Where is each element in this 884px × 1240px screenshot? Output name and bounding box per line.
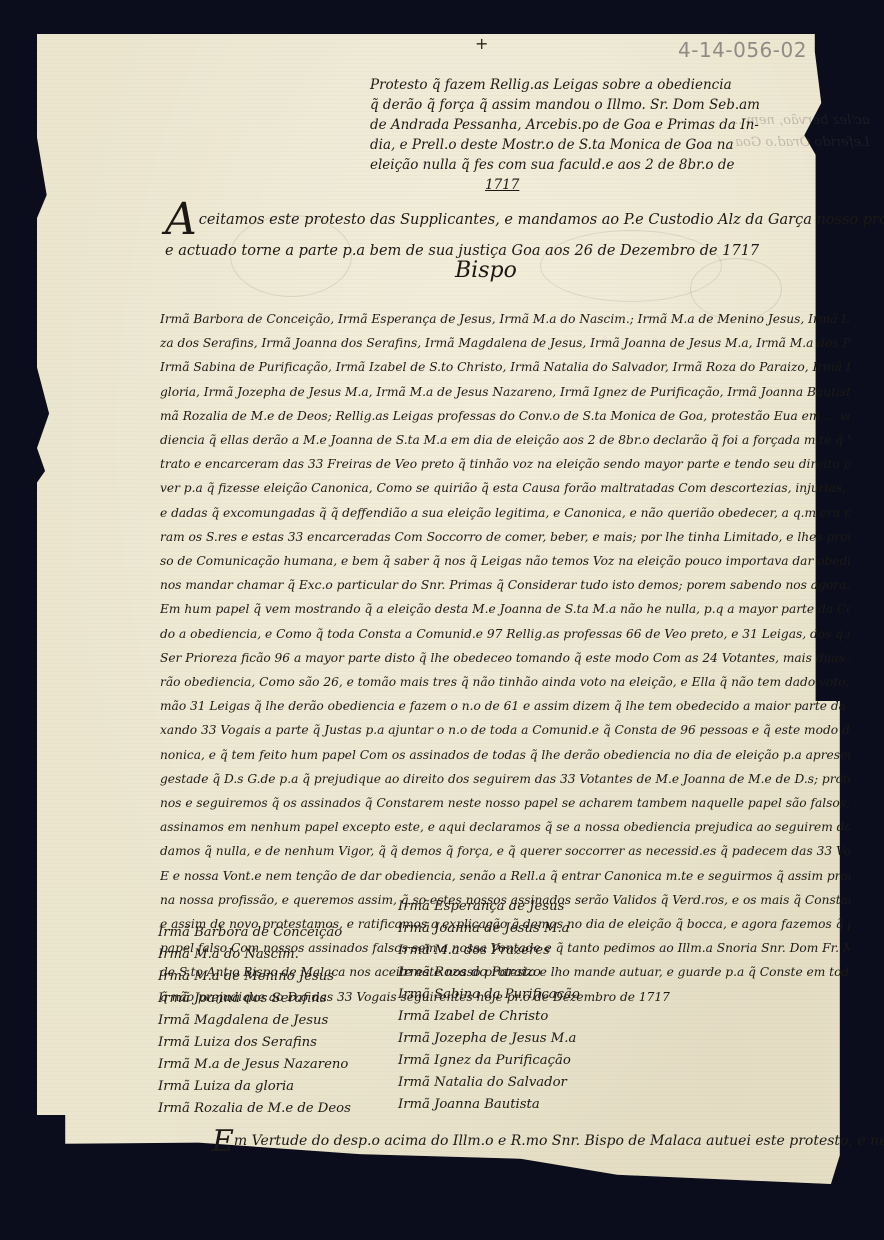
signature: Irmã Roza do Paraizo: [398, 962, 580, 984]
cross-mark: +: [475, 34, 488, 53]
catalog-number: 4-14-056-02: [678, 38, 807, 62]
body-line: rão obediencia, Como são 26, e tomão mai…: [160, 670, 850, 694]
signature: Irmã M.a de Jesus Nazareno: [158, 1054, 351, 1076]
body-line: e dadas q̃ excomungadas q̃ q̃ deffendião…: [160, 501, 850, 525]
body-line: gloria, Irmã Jozepha de Jesus M.a, Irmã …: [160, 380, 850, 404]
body-line: Irmã Sabina de Purificação, Irmã Izabel …: [160, 355, 850, 379]
decorated-initial: A: [165, 194, 197, 245]
footer-text: m Vertude do desp.o acima do Illm.o e R.…: [234, 1133, 884, 1149]
document-heading: Protesto q̃ fazem Rellig.as Leigas sobre…: [370, 75, 760, 195]
body-line: nos mandar chamar q̃ Exc.o particular do…: [160, 573, 850, 597]
signature: Irmã Magdalena de Jesus: [158, 1010, 351, 1032]
heading-line: de Andrada Pessanha, Arcebis.po de Goa e…: [370, 115, 760, 135]
body-line: Irmã Barbora de Conceição, Irmã Esperanç…: [160, 307, 850, 331]
signature: Irmã Joanna de Jesus M.a: [398, 918, 580, 940]
body-line: damos q̃ nulla, e de nenhum Vigor, q̃ q̃…: [160, 839, 850, 863]
decree-line: Aceitamos este protesto das Supplicantes…: [165, 200, 835, 240]
signature: Irmã Rozalia de M.e de Deos: [158, 1098, 351, 1120]
body-line: assinamos em nenhum papel excepto este, …: [160, 815, 850, 839]
body-line: gestade q̃ D.s G.de p.a q̃ prejudique ao…: [160, 767, 850, 791]
heading-line: q̃ derão q̃ força q̃ assim mandou o Illm…: [370, 95, 760, 115]
signature: Irmã M.a de Menino Jesus: [158, 966, 351, 988]
body-line: xando 33 Vogais a parte q̃ Justas p.a aj…: [160, 718, 850, 742]
signature: Irmã Esperança de Jesus: [398, 896, 580, 918]
heading-line: dia, e Prell.o deste Mostr.o de S.ta Mon…: [370, 135, 760, 155]
signature: Irmã Natalia do Salvador: [398, 1072, 580, 1094]
signature: Irmã M.a dos Prazeres: [398, 940, 580, 962]
body-line: Em hum papel q̃ vem mostrando q̃ a eleiç…: [160, 597, 850, 621]
signature: Irmã Ignez da Purificação: [398, 1050, 580, 1072]
bishop-signature: Bispo: [455, 258, 517, 283]
heading-line: Protesto q̃ fazem Rellig.as Leigas sobre…: [370, 75, 760, 95]
body-line: ver p.a q̃ fizesse eleição Canonica, Com…: [160, 476, 850, 500]
body-line: diencia q̃ ellas derão a M.e Joanna de S…: [160, 428, 850, 452]
signature: Irmã Joanna Bautista: [398, 1094, 580, 1116]
body-line: Ser Prioreza ficão 96 a mayor parte dist…: [160, 646, 850, 670]
body-line: mão 31 Leigas q̃ lhe derão obediencia e …: [160, 694, 850, 718]
body-line: ram os S.res e estas 33 encarceradas Com…: [160, 525, 850, 549]
body-line: za dos Serafins, Irmã Joanna dos Serafin…: [160, 331, 850, 355]
body-line: E e nossa Vont.e nem tenção de dar obedi…: [160, 864, 850, 888]
signature: Irmã Sabina da Purificação: [398, 984, 580, 1006]
scan-background: 4-14-056-02 + ac'lez bervão, nem ... Lef…: [0, 0, 884, 1240]
signature: Irmã Izabel de Christo: [398, 1006, 580, 1028]
signature: Irmã Luiza da gloria: [158, 1076, 351, 1098]
body-line: mã Rozalia de M.e de Deos; Rellig.as Lei…: [160, 404, 850, 428]
signature: Irmã Jozepha de Jesus M.a: [398, 1028, 580, 1050]
body-line: so de Comunicação humana, e bem q̃ saber…: [160, 549, 850, 573]
decree-paragraph: Aceitamos este protesto das Supplicantes…: [165, 200, 835, 262]
signature: Irmã M.a do Nascim.: [158, 944, 351, 966]
body-line: do a obediencia, e Como q̃ toda Consta a…: [160, 622, 850, 646]
heading-year: 1717: [370, 175, 760, 195]
heading-line: eleição nulla q̃ fes com sua faculd.e ao…: [370, 155, 760, 175]
signature-list-right: Irmã Esperança de Jesus Irmã Joanna de J…: [398, 896, 580, 1116]
body-line: nonica, e q̃ tem feito hum papel Com os …: [160, 743, 850, 767]
body-line: trato e encarceram das 33 Freiras de Veo…: [160, 452, 850, 476]
body-line: nos e seguiremos q̃ os assinados q̃ Cons…: [160, 791, 850, 815]
signature: Irmã Barbora de Conceição: [158, 922, 351, 944]
decorated-initial: E: [212, 1124, 234, 1159]
decree-text: ceitamos este protesto das Supplicantes,…: [199, 212, 884, 228]
footer-note: Em Vertude do desp.o acima do Illm.o e R…: [212, 1124, 884, 1159]
signature: Irmã Luiza dos Serafins: [158, 1032, 351, 1054]
signature: Irmã Joanna dos Serafins: [158, 988, 351, 1010]
signature-list-left: Irmã Barbora de Conceição Irmã M.a do Na…: [158, 922, 351, 1120]
